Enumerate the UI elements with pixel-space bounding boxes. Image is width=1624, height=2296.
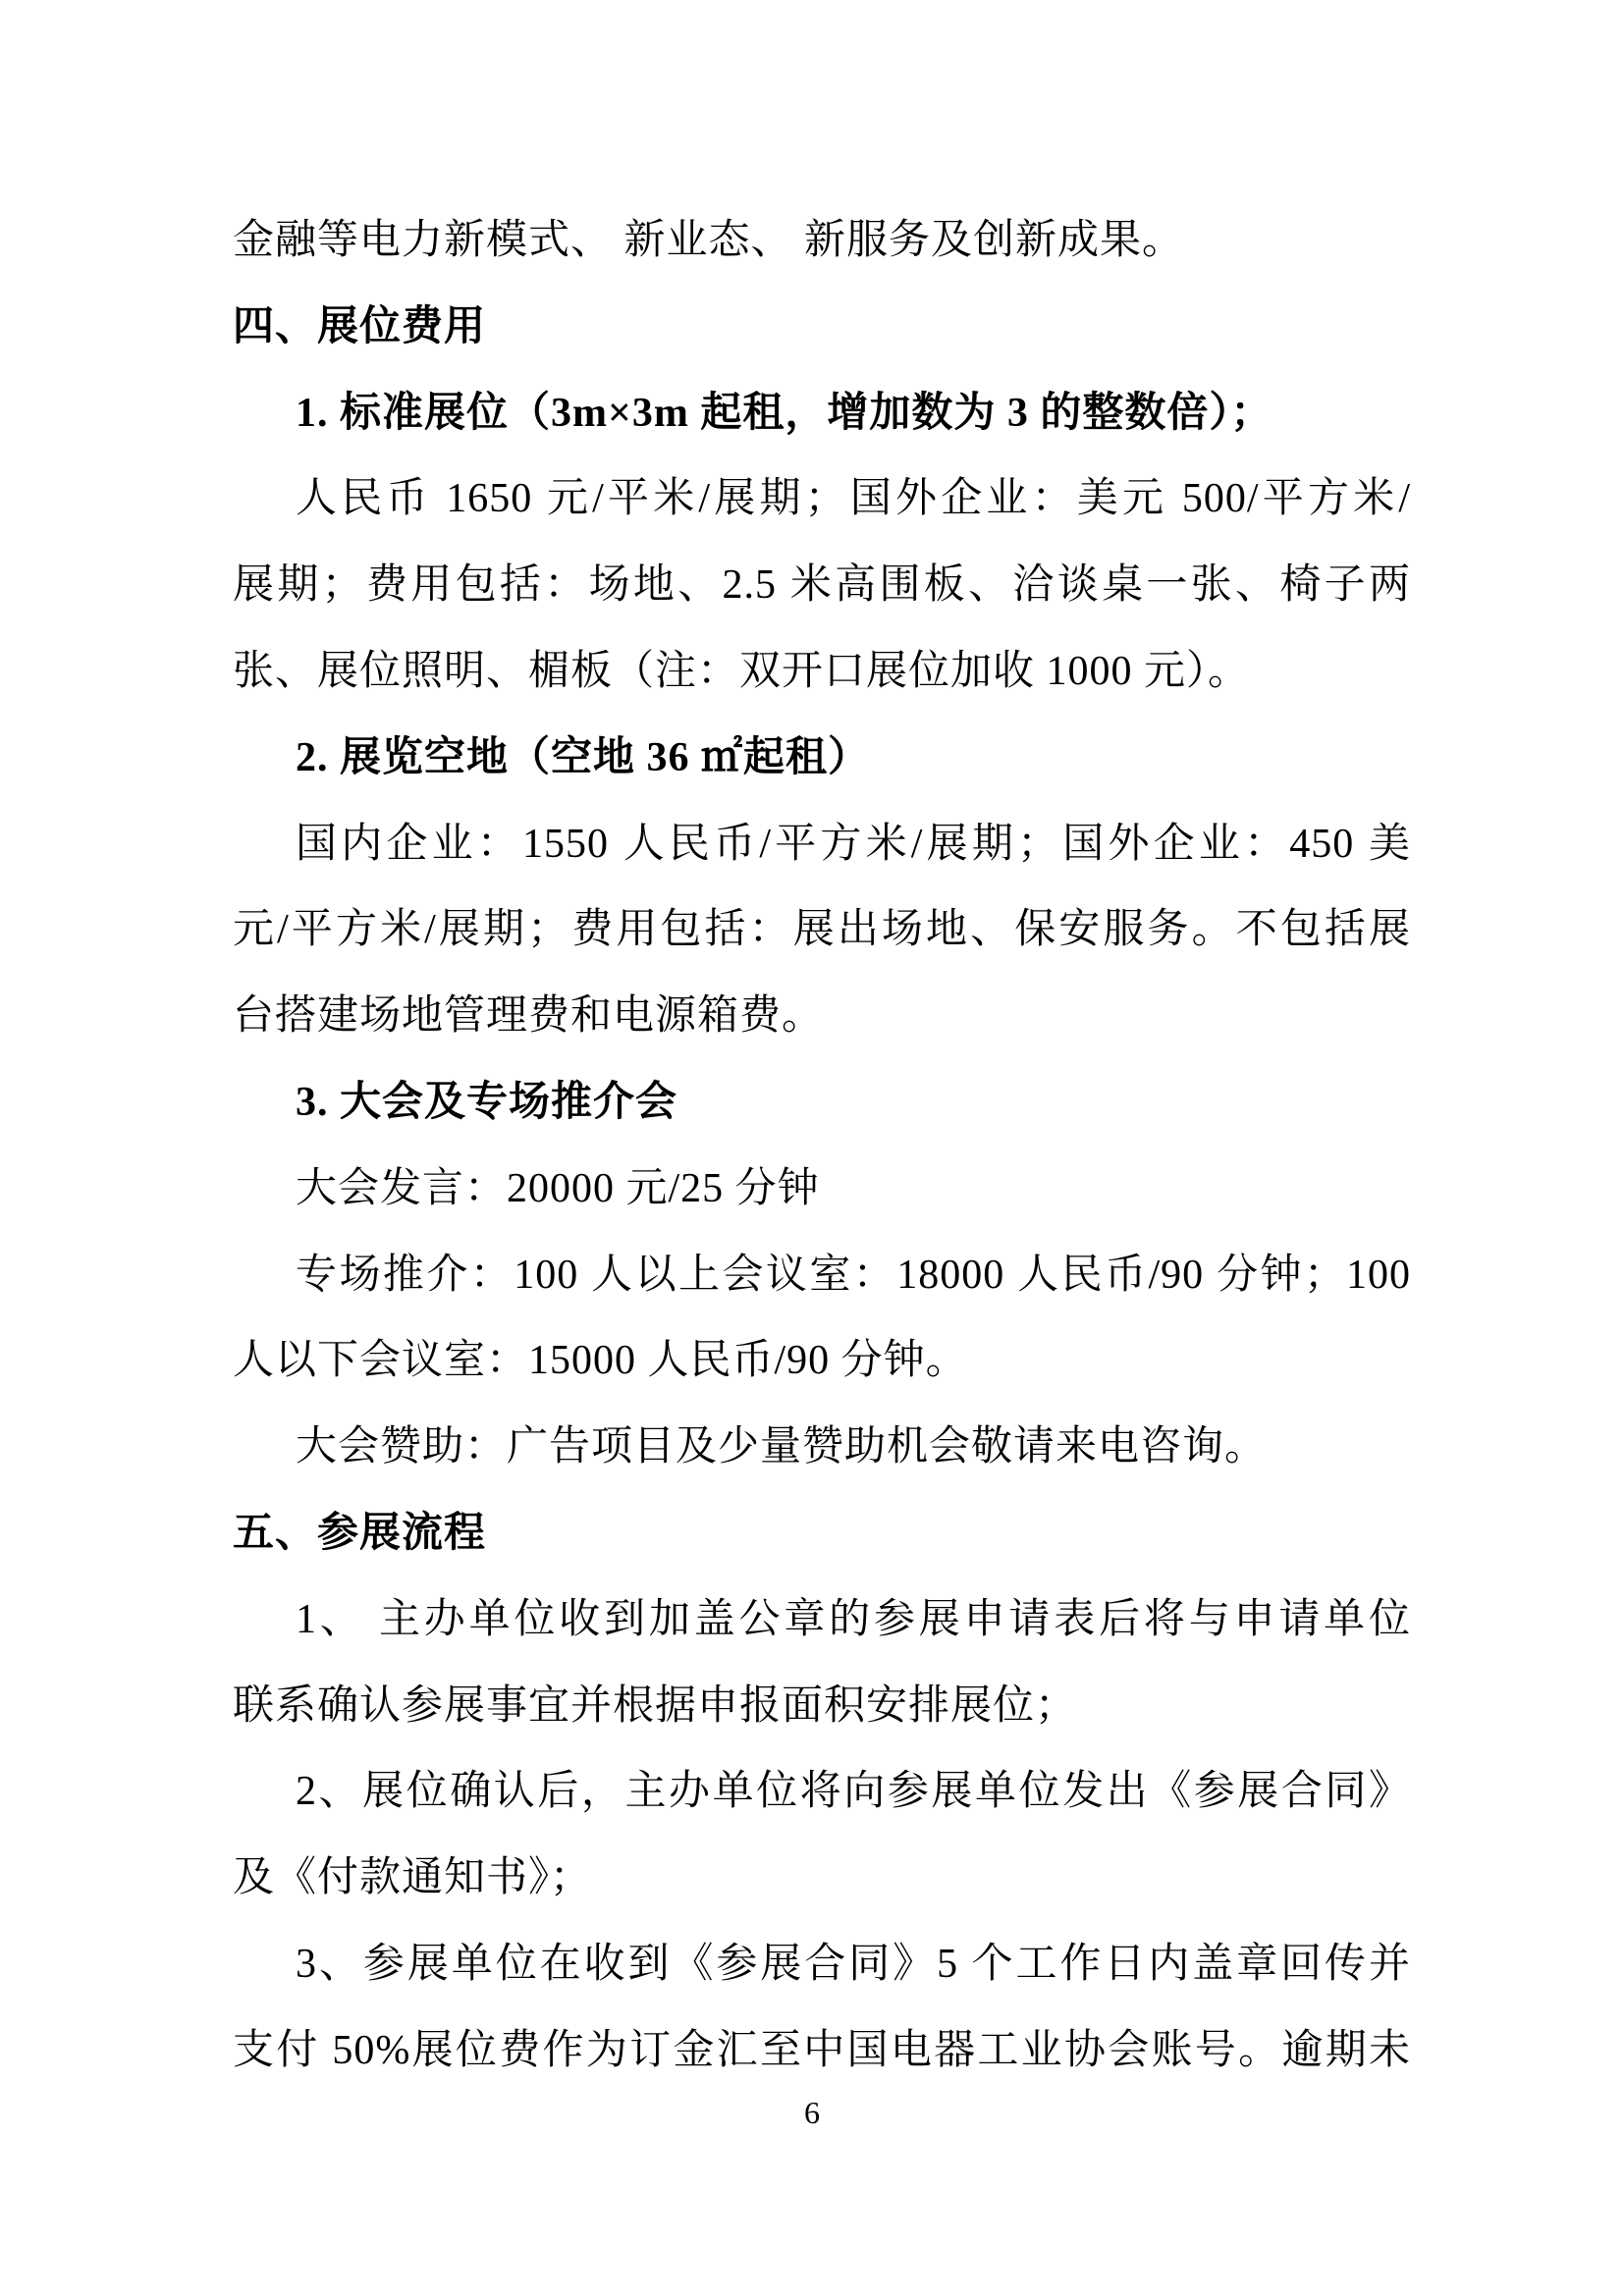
text-line: 2、展位确认后，主办单位将向参展单位发出《参展合同》 xyxy=(296,1748,1411,1835)
page-number: 6 xyxy=(0,2091,1624,2134)
text-line: 国内企业：1550 人民币/平方米/展期；国外企业：450 美 xyxy=(296,801,1411,887)
text-line: 元/平方米/展期；费用包括：展出场地、保安服务。不包括展 xyxy=(233,886,1411,973)
text-line: 支付 50%展位费作为订金汇至中国电器工业协会账号。逾期未 xyxy=(233,2007,1411,2094)
text-line: 3. 大会及专场推介会 xyxy=(296,1059,1411,1146)
text-line: 1. 标准展位（3m×3m 起租，增加数为 3 的整数倍）； xyxy=(296,370,1411,456)
text-line: 台搭建场地管理费和电源箱费。 xyxy=(233,973,1411,1059)
text-line: 3、参展单位在收到《参展合同》5 个工作日内盖章回传并 xyxy=(296,1921,1411,2007)
document-page: 金融等电力新模式、 新业态、 新服务及创新成果。四、展位费用1. 标准展位（3m… xyxy=(0,0,1624,2296)
text-line: 人以下会议室：15000 人民币/90 分钟。 xyxy=(233,1317,1411,1404)
text-line: 张、展位照明、楣板（注：双开口展位加收 1000 元）。 xyxy=(233,628,1411,715)
text-line: 专场推介：100 人以上会议室：18000 人民币/90 分钟；100 xyxy=(296,1232,1411,1318)
text-line: 大会赞助：广告项目及少量赞助机会敬请来电咨询。 xyxy=(296,1404,1411,1490)
text-line: 金融等电力新模式、 新业态、 新服务及创新成果。 xyxy=(233,197,1411,284)
text-line: 2. 展览空地（空地 36 ㎡起租） xyxy=(296,715,1411,801)
text-line: 展期；费用包括：场地、2.5 米高围板、洽谈桌一张、椅子两 xyxy=(233,542,1411,628)
text-line: 联系确认参展事宜并根据申报面积安排展位； xyxy=(233,1663,1411,1749)
text-line: 1、 主办单位收到加盖公章的参展申请表后将与申请单位 xyxy=(296,1576,1411,1663)
text-line: 及《付款通知书》； xyxy=(233,1835,1411,1921)
text-line: 五、参展流程 xyxy=(233,1490,1411,1576)
text-area: 金融等电力新模式、 新业态、 新服务及创新成果。四、展位费用1. 标准展位（3m… xyxy=(233,0,1411,2258)
text-line: 四、展位费用 xyxy=(233,284,1411,370)
text-line: 大会发言：20000 元/25 分钟 xyxy=(296,1146,1411,1232)
text-line: 人民币 1650 元/平米/展期；国外企业：美元 500/平方米/ xyxy=(296,455,1411,542)
